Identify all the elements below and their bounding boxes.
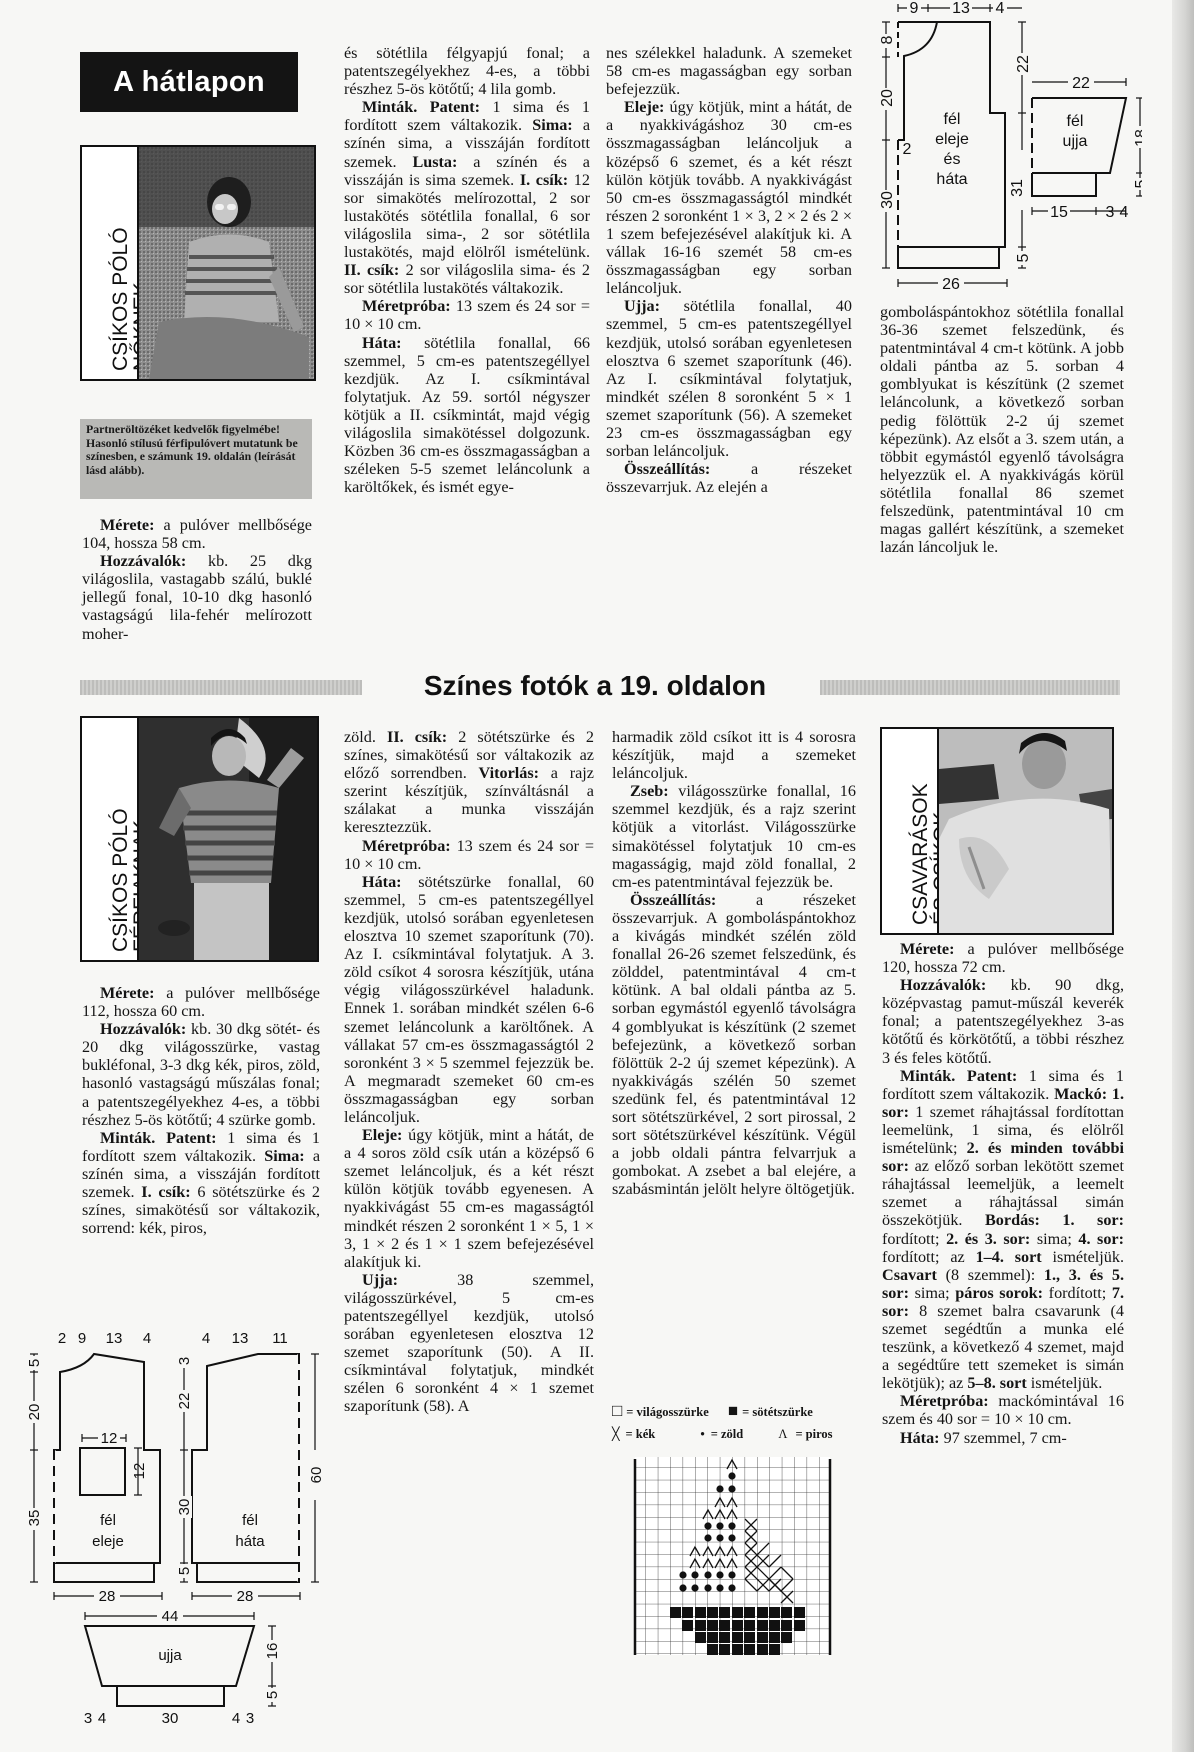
legend-red: Λ= piros [778,1427,840,1441]
paragraph-back: Háta: 97 szemmel, 7 cm- [882,1429,1124,1447]
dim-front-top-1: 2 [58,1330,66,1347]
article-column-1: Mérete: a pulóver mellbősége 104, hossza… [82,516,312,643]
paragraph-assembly: Összeállítás: a részeket összevarrjuk. A… [612,891,856,1199]
dim-sleeve-right-2: 5 [264,1691,281,1699]
dim-sleeve-bottom-1: 3 [84,1710,92,1727]
dim-sleeve-right-1: 16 [264,1643,281,1660]
body-label-2: eleje [935,131,969,148]
paragraph-assembly: Összeállítás: a részeket összevarrjuk. A… [606,460,852,496]
body-label-3: és [944,151,961,168]
dim-sleeve-bottom-4: 4 [232,1710,240,1727]
empty-square-icon: □ [612,1401,622,1420]
dim-sleeve-top: 44 [162,1608,179,1625]
dim-left-1: 8 [879,35,896,44]
dim-left-2: 20 [26,1404,43,1421]
filled-square-icon: ■ [728,1401,738,1420]
dim-pocket-width: 12 [101,1430,118,1447]
dim-sleeve-bottom-2: 3 [1106,204,1115,221]
banner-color-photos: Színes fotók a 19. oldalon [360,670,830,702]
dim-sleeve-bottom-5: 3 [246,1710,254,1727]
dot-icon: • [700,1427,704,1441]
dim-pocket-height: 12 [131,1463,148,1480]
paragraph-assembly-cont: gomboláspántokhoz sötétlila fonallal 36-… [880,303,1124,556]
legend-light-grey: □= világosszürke [612,1405,717,1419]
dim-sleeve-bottom-3: 4 [1120,204,1129,221]
back-label-1: fél [242,1512,258,1529]
article-column-2: és sötétlila félgyapjú fonal; a patentsz… [344,44,590,496]
photo-man-sitting-white-sweater [939,729,1112,933]
legend-green: •= zöld [700,1427,751,1441]
article-column-4: gomboláspántokhoz sötétlila fonallal 36-… [880,303,1124,556]
divider-left [80,680,362,695]
sailboat-knitting-chart [633,1455,833,1655]
pattern-diagram-women: 9 13 4 8 20 30 22 31 5 18 5 2 fél eleje … [862,0,1142,300]
paragraph-gauge: Méretpróba: mackómintával 16 szem és 40 … [882,1392,1124,1428]
article-column-8: Mérete: a pulóver mellbősége 120, hossza… [882,940,1124,1447]
caret-icon: Λ [778,1427,787,1441]
chart-legend: □= világosszürke ■= sötétszürke ╳= kék •… [612,1400,862,1445]
dim-sleeve-top: 22 [1072,75,1090,92]
dim-sleeve-right-2: 5 [1133,179,1142,188]
info-note-partner-outfit: Partneröltözéket kedvelők figyelmébe! Ha… [80,419,312,499]
dim-front-top-4: 4 [143,1330,151,1347]
paragraph-materials: Hozzávalók: kb. 90 dkg, középvastag pamu… [882,976,1124,1066]
dim-front-top-3: 13 [106,1330,123,1347]
paragraph-materials: Hozzávalók: kb. 30 dkg sötét- és 20 dkg … [82,1020,320,1129]
legend-blue: ╳= kék [612,1427,663,1441]
section-header-a-hatlapon: A hátlapon [80,52,298,112]
photo-caption-vertical: CSÍKOS PÓLÓ NŐKNEK [82,147,139,379]
dim-sleeve-bottom-3: 30 [162,1710,179,1727]
photo-caption-vertical: CSÍKOS PÓLÓ FÉRFIAKNAK [82,718,139,960]
pattern-diagram-men: 2 9 13 4 4 13 11 5 20 35 3 22 30 5 12 60… [22,1320,322,1750]
paragraph-gauge: Méretpróba: 13 szem és 24 sor = 10 × 10 … [344,837,594,873]
photo-block-women: CSÍKOS PÓLÓ NŐKNEK [80,145,316,381]
paragraph-size: Mérete: a pulóver mellbősége 120, hossza… [882,940,1124,976]
paragraph-back-cont: nes szélekkel haladunk. A szemeket 58 cm… [606,44,852,98]
paragraph-size: Mérete: a pulóver mellbősége 104, hossza… [82,516,312,552]
page-binding-edge [1172,0,1194,1752]
dim-back-bottom: 28 [237,1588,254,1605]
dim-bottom: 26 [942,276,960,293]
paragraph-patterns-cont: zöld. II. csík: 2 sötétszürke és 2 színe… [344,728,594,837]
legend-dark-grey: ■= sötétszürke [728,1405,821,1419]
dim-sleeve-bottom-1: 15 [1050,204,1068,221]
dim-mid-1: 22 [1015,55,1032,73]
dim-sleeve-bottom-2: 4 [98,1710,106,1727]
dim-right: 60 [308,1467,322,1484]
article-column-6: zöld. II. csík: 2 sötétszürke és 2 színe… [344,728,594,1416]
paragraph-patterns: Minták. Patent: 1 sima és 1 fordított sz… [344,98,590,297]
paragraph-materials-cont: és sötétlila félgyapjú fonal; a patentsz… [344,44,590,98]
dim-left-3: 2 [903,141,912,158]
paragraph-pocket: Zseb: világosszürke fonallal, 16 szemmel… [612,782,856,891]
dim-mid-3: 5 [1015,253,1032,262]
dim-front-top-2: 9 [78,1330,86,1347]
dim-left-1: 5 [26,1359,43,1367]
dim-left-4: 30 [879,191,896,209]
photo-caption-vertical: CSAVARÁSOK ÉS CSÍKOK [882,729,939,933]
paragraph-sleeve-cont: harmadik zöld csíkot itt is 4 sorosra ké… [612,728,856,782]
paragraph-sleeve: Ujja: sötétlila fonallal, 40 szemmel, 5 … [606,297,852,460]
dim-top-3: 4 [996,0,1005,17]
front-label-2: eleje [92,1533,124,1550]
front-label-1: fél [100,1512,116,1529]
photo-woman-sitting-in-grass [139,147,314,379]
photo-block-twists: CSAVARÁSOK ÉS CSÍKOK [880,727,1114,935]
article-column-7: harmadik zöld csíkot itt is 4 sorosra ké… [612,728,856,1198]
dim-back-top-2: 13 [232,1330,249,1347]
back-label-2: háta [235,1533,265,1550]
paragraph-materials: Hozzávalók: kb. 25 dkg világoslila, vast… [82,552,312,642]
paragraph-gauge: Méretpróba: 13 szem és 24 sor = 10 × 10 … [344,297,590,333]
dim-top-1: 9 [910,0,919,17]
paragraph-back: Háta: sötétszürke fonallal, 60 szemmel, … [344,873,594,1126]
dim-back-top-3: 11 [272,1330,288,1347]
sleeve-label-2: ujja [1063,133,1088,150]
dim-mid-1: 3 [176,1357,193,1365]
divider-right [820,680,1120,695]
dim-front-bottom: 28 [99,1588,116,1605]
photo-block-men: CSÍKOS PÓLÓ FÉRFIAKNAK [80,716,319,962]
paragraph-back: Háta: sötétlila fonallal, 66 szemmel, 5 … [344,334,590,497]
body-label-1: fél [944,111,961,128]
dim-top-2: 13 [952,0,970,17]
paragraph-patterns: Minták. Patent: 1 sima és 1 fordított sz… [82,1129,320,1238]
paragraph-front: Eleje: úgy kötjük, mint a hátát, de a ny… [606,98,852,297]
paragraph-front: Eleje: úgy kötjük, mint a hátát, de a 4 … [344,1126,594,1271]
photo-man-standing-striped-polo [139,718,317,960]
dim-sleeve-right-1: 18 [1133,129,1142,147]
legend-row-2: ╳= kék •= zöld Λ= piros [612,1423,862,1445]
cross-icon: ╳ [612,1427,620,1441]
sleeve-label-1: fél [1067,113,1084,130]
article-column-5: Mérete: a pulóver mellbősége 112, hossza… [82,984,320,1237]
dim-left-2: 20 [879,89,896,107]
dim-mid-2: 31 [1009,179,1026,197]
sleeve-label: ujja [158,1647,182,1664]
article-column-3: nes szélekkel haladunk. A szemeket 58 cm… [606,44,852,496]
paragraph-patterns: Minták. Patent: 1 sima és 1 fordított sz… [882,1067,1124,1393]
dim-mid-2: 22 [176,1393,193,1410]
dim-back-top-1: 4 [202,1330,210,1347]
dim-mid-3: 30 [176,1499,193,1516]
body-label-4: háta [936,171,967,188]
legend-row-1: □= világosszürke ■= sötétszürke [612,1400,862,1423]
paragraph-sleeve: Ujja: 38 szemmel, világosszürkével, 5 cm… [344,1271,594,1416]
dim-mid-4: 5 [176,1567,193,1575]
dim-left-3: 35 [26,1510,43,1527]
paragraph-size: Mérete: a pulóver mellbősége 112, hossza… [82,984,320,1020]
